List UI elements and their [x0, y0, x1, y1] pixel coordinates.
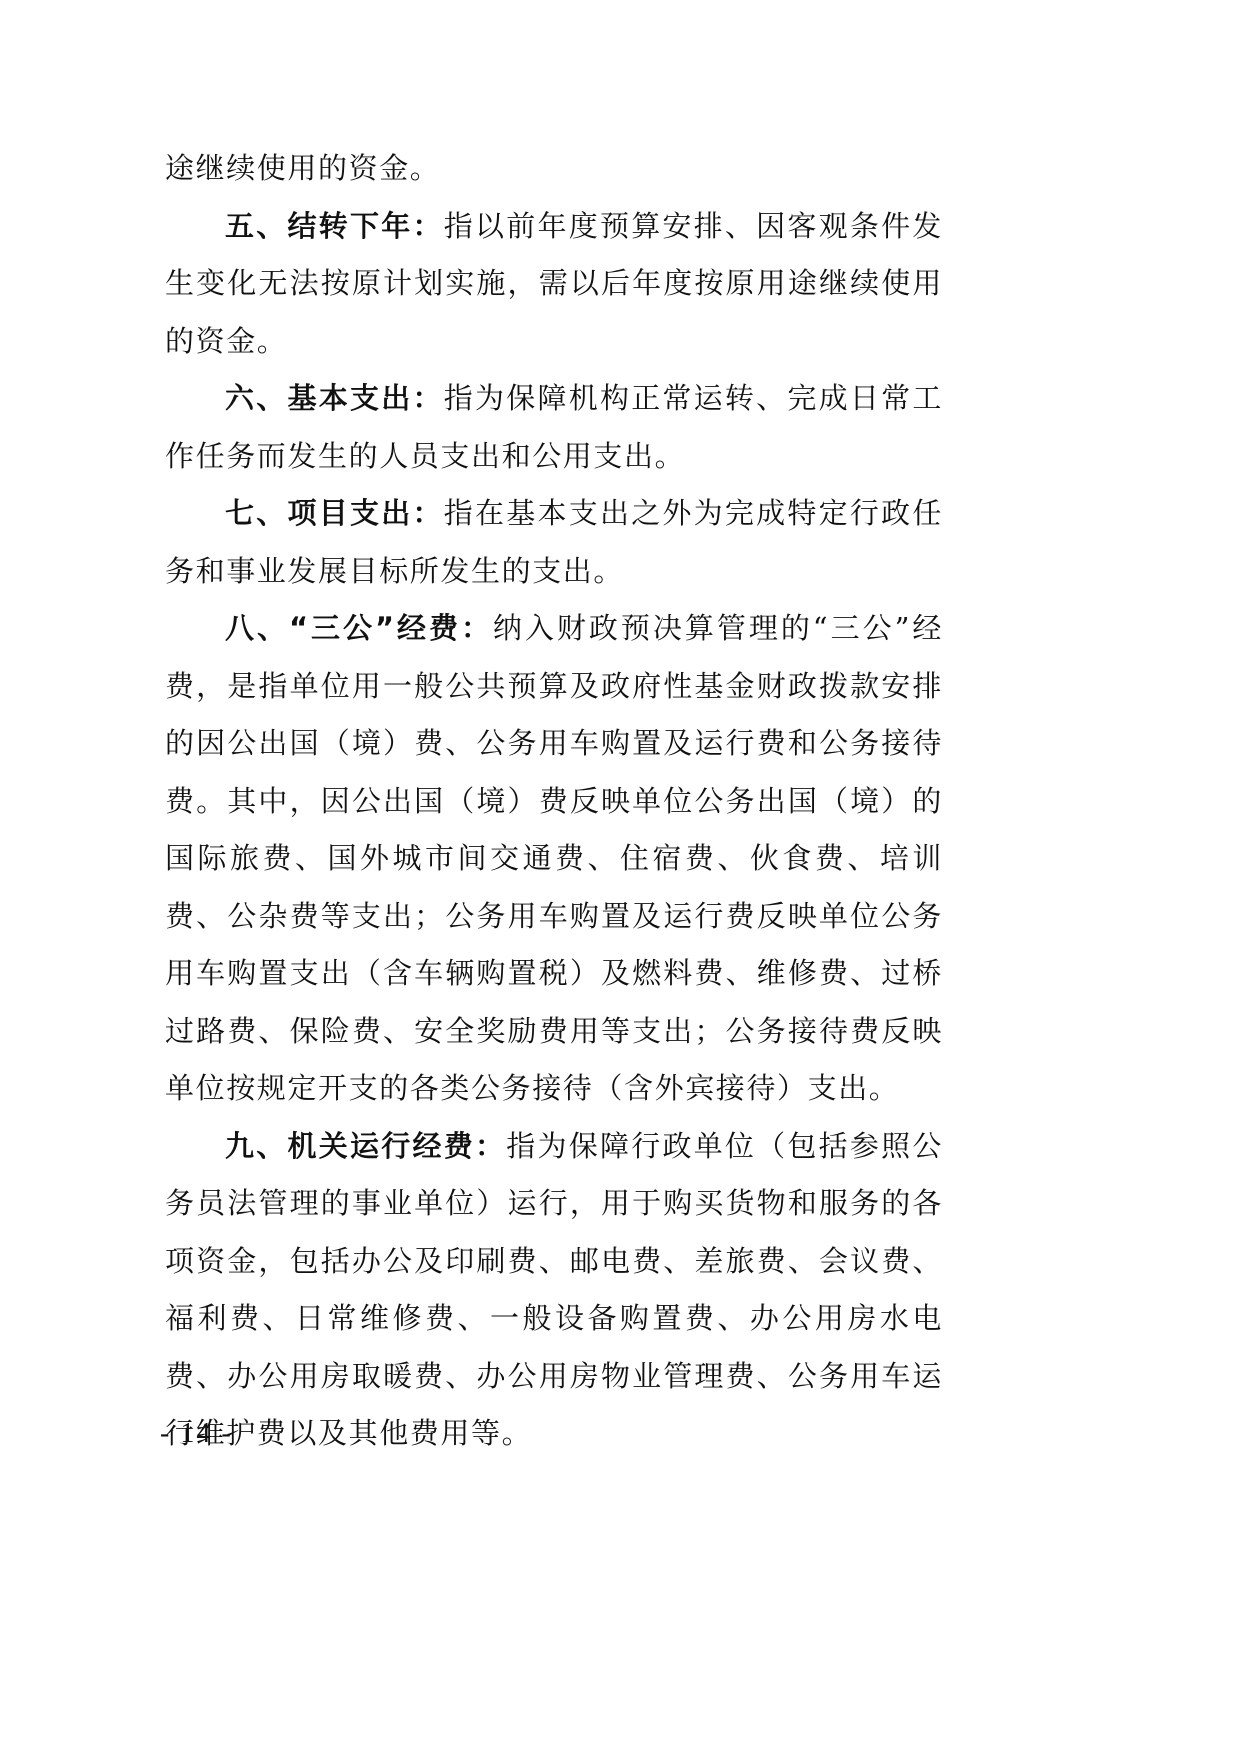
section-body: 指为保障行政单位（包括参照公务员法管理的事业单位）运行，用于购买货物和服务的各项… [165, 1129, 943, 1451]
section-term: 六、基本支出： [225, 381, 444, 415]
section-term: 七、项目支出： [225, 496, 444, 530]
section-project-expenditure: 七、项目支出：指在基本支出之外为完成特定行政任务和事业发展目标所发生的支出。 [165, 485, 943, 600]
section-carryover-next-year: 五、结转下年：指以前年度预算安排、因客观条件发生变化无法按原计划实施，需以后年度… [165, 198, 943, 371]
document-page: 途继续使用的资金。 五、结转下年：指以前年度预算安排、因客观条件发生变化无法按原… [165, 140, 943, 1463]
section-body: 纳入财政预决算管理的“三公”经费，是指单位用一般公共预算及政府性基金财政拨款安排… [165, 611, 943, 1105]
page-number: - 14 - [160, 1418, 233, 1450]
section-term: 八、“三公”经费： [225, 611, 493, 645]
section-term: 五、结转下年： [225, 209, 444, 243]
section-basic-expenditure: 六、基本支出：指为保障机构正常运转、完成日常工作任务而发生的人员支出和公用支出。 [165, 370, 943, 485]
section-term: 九、机关运行经费： [225, 1129, 506, 1163]
section-agency-operating-expenses: 九、机关运行经费：指为保障行政单位（包括参照公务员法管理的事业单位）运行，用于购… [165, 1118, 943, 1463]
continuation-paragraph: 途继续使用的资金。 [165, 140, 943, 198]
section-three-public-expenses: 八、“三公”经费：纳入财政预决算管理的“三公”经费，是指单位用一般公共预算及政府… [165, 600, 943, 1118]
